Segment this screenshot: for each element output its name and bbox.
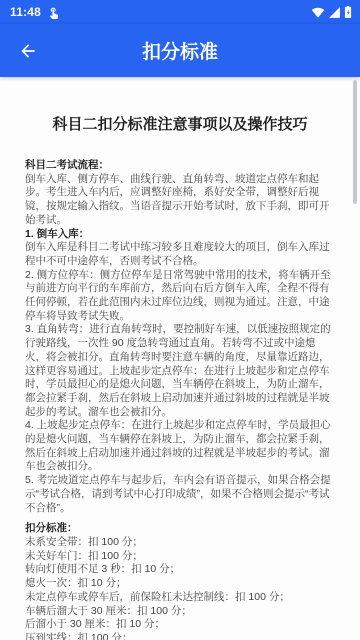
screen: 11:48 扣分标准 (0, 0, 360, 640)
status-time: 11:48 (10, 5, 41, 19)
deduction-rule: 未定点停车或停车后，前保险杠未达控制线：扣 100 分； (25, 591, 335, 605)
section-heading: 扣分标准： (25, 522, 335, 536)
deduction-rule: 未关好车门：扣 100 分； (25, 550, 335, 564)
cellular-signal-icon (328, 6, 341, 19)
document-title: 科目二扣分标准注意事项以及操作技巧 (25, 115, 335, 135)
app-bar: 扣分标准 (0, 24, 360, 77)
paragraph: 5. 考完坡道定点停车与起步后，车内会有语音提示，如果合格会提示“考试合格，请到… (25, 474, 335, 515)
paragraph: 4. 上坡起步定点停车：在进行上坡起步和定点停车时，学员最担心的是熄火问题，当车… (25, 419, 335, 474)
deduction-rule: 后溜小于 30 厘米：扣 10 分； (25, 618, 335, 632)
deduction-rule: 转向灯使用不足 3 秒：扣 10 分； (25, 563, 335, 577)
app-bar-title: 扣分标准 (0, 37, 360, 64)
paragraph: 3. 直角转弯：进行直角转弯时，要控制好车速，以低速按照规定的行驶路线，一次性 … (25, 323, 335, 419)
content-scroll-area[interactable]: 科目二扣分标准注意事项以及操作技巧科目二考试流程：倒车入库、侧方停车、曲线行驶、… (0, 77, 360, 640)
wifi-icon (311, 6, 325, 19)
paragraph: 2. 侧方位停车：侧方位停车是日常驾驶中常用的技术，将车辆开至与前进方向平行的车… (25, 269, 335, 324)
deduction-rule: 压到实线：扣 100 分； (25, 632, 335, 640)
status-bar: 11:48 (0, 0, 360, 24)
paragraph: 倒车入库是科目二考试中练习较多且难度较大的项目，倒车入库过程中不可中途停车，否则… (25, 241, 335, 268)
deduction-rule: 未系安全带：扣 100 分； (25, 536, 335, 550)
section-heading: 科目二考试流程： (25, 159, 335, 173)
status-bar-left: 11:48 (10, 5, 60, 19)
back-button[interactable] (16, 39, 40, 63)
arrow-left-icon (18, 41, 38, 61)
paragraph: 倒车入库、侧方停车、曲线行驶、直角转弯、坡道定点停车和起步。考生进入车内后，应调… (25, 173, 335, 228)
deduction-rule: 车辆后溜大于 30 厘米：扣 100 分； (25, 605, 335, 619)
status-bar-right (311, 5, 352, 19)
deduction-rule: 熄火一次：扣 10 分； (25, 577, 335, 591)
scrollbar-thumb[interactable] (353, 80, 357, 204)
section-heading: 1. 倒车入库： (25, 228, 335, 242)
battery-icon (344, 5, 352, 19)
touch-indicator-icon (47, 6, 60, 19)
